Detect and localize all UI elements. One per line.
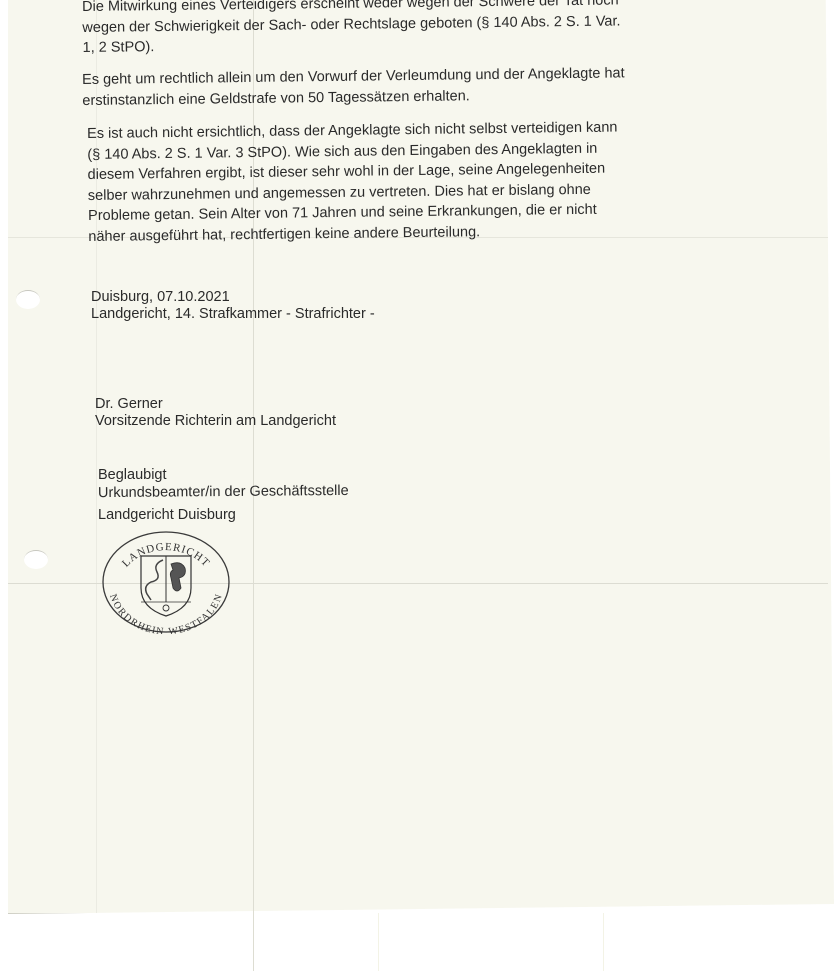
signer-title: Vorsitzende Richterin am Landgericht [95,411,336,432]
certification-official: Urkundsbeamter/in der Geschäftsstelle [98,481,349,504]
paragraph-1: Die Mitwirkung eines Verteidigers ersche… [82,0,621,58]
fold-line [603,913,604,971]
fold-line [378,913,379,971]
punch-hole [16,290,40,309]
certification-court: Landgericht Duisburg [98,505,236,526]
court-seal-icon: LANDGERICHT NORDRHEIN-WESTFALEN [101,530,231,634]
court-chamber: Landgericht, 14. Strafkammer - Strafrich… [91,304,375,325]
paragraph-2: Es geht um rechtlich allein um den Vorwu… [82,63,625,111]
paragraph-3: Es ist auch nicht ersichtlich, dass der … [87,118,619,247]
punch-hole [24,550,48,569]
